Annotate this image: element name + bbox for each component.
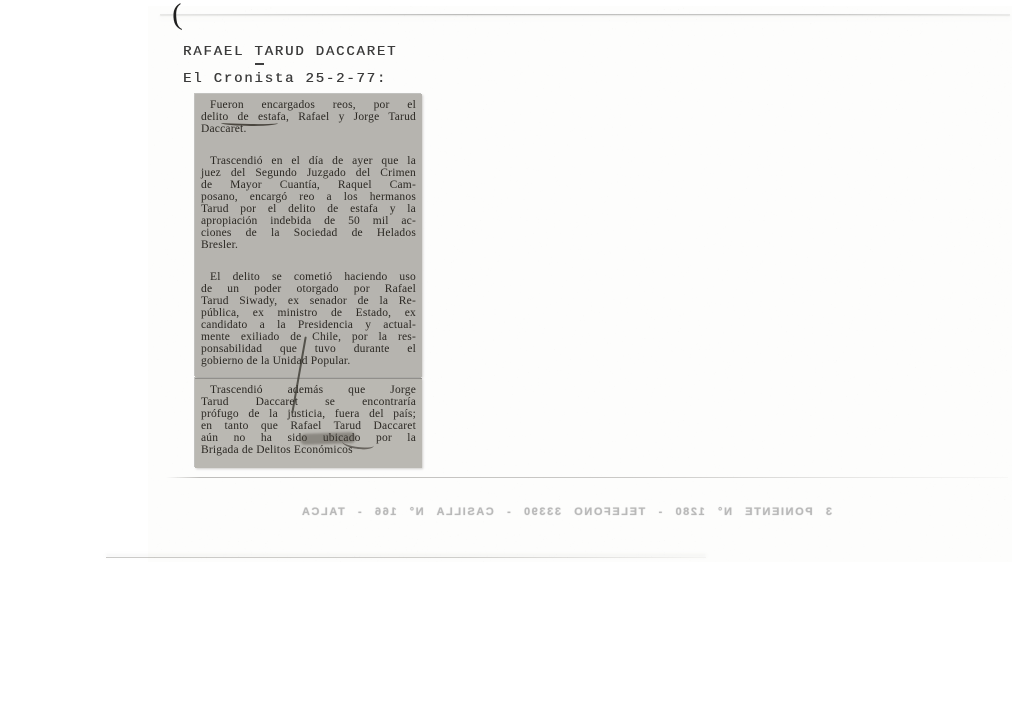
clipping-line: mente exiliado de Chile, por la res- [201, 331, 416, 343]
clipping-line: Trascendió además que Jorge [201, 384, 416, 396]
pen-paren-mark: ( [171, 0, 183, 32]
clipping-line: Bresler. [201, 239, 416, 251]
clipping-line: juez del Segundo Juzgado del Crimen [201, 167, 416, 179]
news-clipping-piece-2: Trascendió además que JorgeTarud Daccare… [195, 378, 422, 468]
clipping-line: de un poder otorgado por Rafael [201, 283, 416, 295]
clipping-line: ponsabilidad que tuvo durante el [201, 343, 416, 355]
clipping-line: El delito se cometió haciendo uso [201, 271, 416, 283]
clipping-line: pública, ex ministro de Estado, ex [201, 307, 416, 319]
letterhead-bleedthrough-text: 3 PONIENTE N° 1280 - TELEFONO 33390 - CA… [296, 506, 832, 518]
heading-underline-mark [255, 63, 264, 65]
fold-line [166, 477, 1008, 478]
news-clipping-piece-1: Fueron encargados reos, por eldelito de … [195, 94, 422, 377]
clipping-line: ciones de la Sociedad de Helados [201, 227, 416, 239]
clipping-line: posano, encargó reo a los hermanos [201, 191, 416, 203]
scanned-page: ( RAFAEL TARUD DACCARET El Cronista 25-2… [148, 6, 1012, 562]
clipping-line: Tarud Siwady, ex senador de la Re- [201, 295, 416, 307]
clipping-paragraph-2: Trascendió en el día de ayer que lajuez … [201, 155, 416, 251]
clipping-paragraph-1: Fueron encargados reos, por eldelito de … [201, 99, 416, 135]
clipping-line: de Mayor Cuantía, Raquel Cam- [201, 179, 416, 191]
clipping-line: Trascendió en el día de ayer que la [201, 155, 416, 167]
typed-heading: RAFAEL TARUD DACCARET [183, 44, 397, 60]
clipping-line: apropiación indebida de 50 mil ac- [201, 215, 416, 227]
clipping-line: prófugo de la justicia, fuera del país; [201, 408, 416, 420]
clipping-paragraph-3: El delito se cometió haciendo usode un p… [201, 271, 416, 367]
clipping-line: en tanto que Rafael Tarud Daccaret [201, 420, 416, 432]
paper-top-edge [160, 14, 1010, 15]
paper-bottom-edge [106, 557, 706, 558]
clipping-paragraph-4: Trascendió además que JorgeTarud Daccare… [201, 384, 416, 456]
clipping-line: gobierno de la Unidad Popular. [201, 355, 416, 367]
clipping-line: Tarud Daccaret se encontraría [201, 396, 416, 408]
clipping-line: Tarud por el delito de estafa y la [201, 203, 416, 215]
scanned-document: { "annotations": { "paren_mark": "(" }, … [0, 0, 1012, 717]
clipping-line: candidato a la Presidencia y actual- [201, 319, 416, 331]
typed-subheading: El Cronista 25-2-77: [183, 71, 387, 87]
clipping-line: Fueron encargados reos, por el [201, 99, 416, 111]
clipping-line: Brigada de Delitos Económicos [201, 444, 416, 456]
